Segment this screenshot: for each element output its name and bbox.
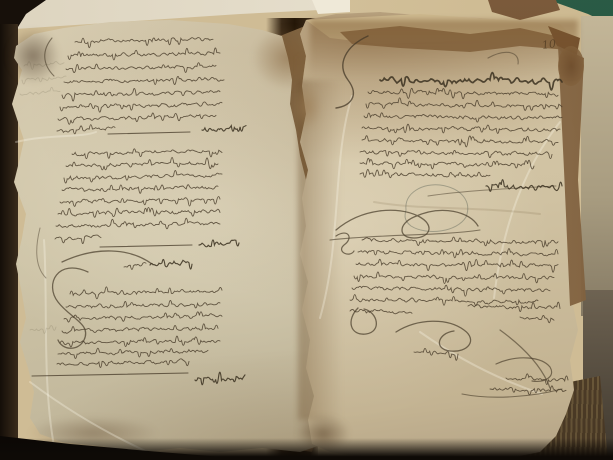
archival-manuscript-photo: 10 — [0, 0, 613, 460]
bottom-shadow — [0, 438, 613, 460]
damaged-edge-clump — [558, 46, 584, 86]
table-surface-right — [581, 16, 613, 316]
left-edge-shadow — [0, 24, 18, 460]
folio-number: 10 — [541, 37, 557, 52]
